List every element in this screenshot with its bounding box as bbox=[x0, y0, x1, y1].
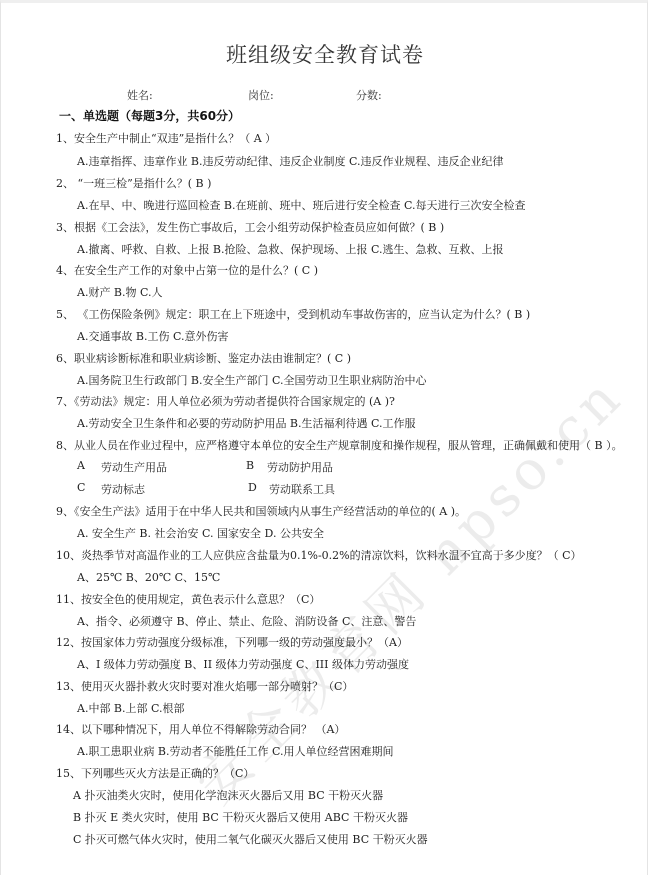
question-15-option-b: B 扑灭 E 类火灾时，使用 BC 干粉灭火器后又使用 ABC 干粉灭火器 bbox=[73, 809, 408, 825]
question-14: 14、以下哪种情况下，用人单位不得解除劳动合同？ （A） bbox=[56, 721, 345, 737]
exam-title: 班组级安全教育试卷 bbox=[1, 39, 648, 69]
question-9: 9、《安全生产法》适用于在中华人民共和国领域内从事生产经营活动的单位的( A )… bbox=[56, 503, 466, 519]
question-10-options: A、25℃ B、20℃ C、15℃ bbox=[77, 569, 220, 585]
question-7-options: A.劳动安全卫生条件和必要的劳动防护用品 B.生活福利待遇 C.工作服 bbox=[77, 415, 416, 431]
question-3-options: A.撤离、呼救、自救、上报 B.抢险、急救、保护现场、上报 C.逃生、急救、互救… bbox=[77, 241, 504, 257]
question-12: 12、按国家体力劳动强度分级标准，下列哪一级的劳动强度最小？（A） bbox=[56, 634, 408, 650]
question-8-option-b-letter: B bbox=[246, 459, 254, 472]
question-2-options: A.在早、中、晚进行巡回检查 B.在班前、班中、班后进行安全检查 C.每天进行三… bbox=[77, 197, 526, 213]
score-label: 分数: bbox=[356, 87, 382, 103]
question-15-option-c: C 扑灭可燃气体火灾时，使用二氧气化碳灭火器后又使用 BC 干粉灭火器 bbox=[73, 831, 428, 847]
question-12-options: A、I 级体力劳动强度 B、II 级体力劳动强度 C、III 级体力劳动强度 bbox=[77, 656, 409, 672]
question-8-option-a-letter: A bbox=[77, 459, 85, 472]
name-label: 姓名: bbox=[127, 87, 153, 103]
question-6-options: A.国务院卫生行政部门 B.安全生产部门 C.全国劳动卫生职业病防治中心 bbox=[77, 372, 427, 388]
question-3: 3、根据《工会法》，发生伤亡事故后，工会小组劳动保护检查员应如何做？( B ) bbox=[56, 219, 444, 235]
question-11: 11、按安全色的使用规定，黄色表示什么意思？（C） bbox=[56, 591, 320, 607]
question-8-option-c-letter: C bbox=[77, 481, 85, 494]
section-title: 一、单选题（每题3分，共60分） bbox=[59, 107, 240, 124]
question-13-options: A.中部 B.上部 C.根部 bbox=[77, 700, 185, 716]
question-15-option-a: A 扑灭油类火灾时，使用化学泡沫灭火器后又用 BC 干粉灭火器 bbox=[73, 787, 383, 803]
question-13: 13、使用灭火器扑救火灾时要对准火焰哪一部分喷射？（C） bbox=[56, 678, 353, 694]
post-label: 岗位: bbox=[248, 87, 274, 103]
question-4: 4、在安全生产工作的对象中占第一位的是什么？( C ) bbox=[56, 262, 318, 278]
question-2: 2、 “一班三检”是指什么？( B ) bbox=[56, 175, 211, 191]
question-7: 7、《劳动法》规定：用人单位必须为劳动者提供符合国家规定的 (A )? bbox=[56, 393, 395, 409]
question-5-options: A.交通事故 B.工伤 C.意外伤害 bbox=[77, 328, 229, 344]
question-4-options: A.财产 B.物 C.人 bbox=[77, 284, 163, 300]
question-11-options: A、指令、必须遵守 B、停止、禁止、危险、消防设备 C、注意、警告 bbox=[77, 613, 416, 629]
document-page: 安全教育网 npso.cn 班组级安全教育试卷 姓名: 岗位: 分数: 一、单选… bbox=[0, 0, 648, 875]
question-8-option-d-letter: D bbox=[248, 481, 257, 494]
question-8-option-d-text: 劳动联系工具 bbox=[269, 481, 335, 497]
question-5: 5、 《工伤保险条例》规定：职工在上下班途中，受到机动车事故伤害的，应当认定为什… bbox=[56, 306, 530, 322]
question-15: 15、下列哪些灭火方法是正确的？（C） bbox=[56, 765, 254, 781]
question-9-options: A. 安全生产 B. 社会治安 C. 国家安全 D. 公共安全 bbox=[77, 525, 324, 541]
question-8-option-c-text: 劳动标志 bbox=[101, 481, 145, 497]
question-1: 1、安全生产中制止“双违”是指什么？（ A ） bbox=[56, 130, 276, 146]
question-1-options: A.违章指挥、违章作业 B.违反劳动纪律、违反企业制度 C.违反作业规程、违反企… bbox=[77, 153, 504, 169]
question-14-options: A.职工患职业病 B.劳动者不能胜任工作 C.用人单位经营困难期间 bbox=[77, 743, 394, 759]
question-8-option-a-text: 劳动生产用品 bbox=[101, 459, 167, 475]
question-6: 6、职业病诊断标准和职业病诊断、鉴定办法由谁制定？( C ) bbox=[56, 350, 351, 366]
question-8-option-b-text: 劳动防护用品 bbox=[267, 459, 333, 475]
question-10: 10、炎热季节对高温作业的工人应供应含盐量为0.1%-0.2%的清凉饮料，饮料水… bbox=[56, 547, 582, 563]
question-8: 8、从业人员在作业过程中，应严格遵守本单位的安全生产规章制度和操作规程，服从管理… bbox=[56, 437, 623, 453]
